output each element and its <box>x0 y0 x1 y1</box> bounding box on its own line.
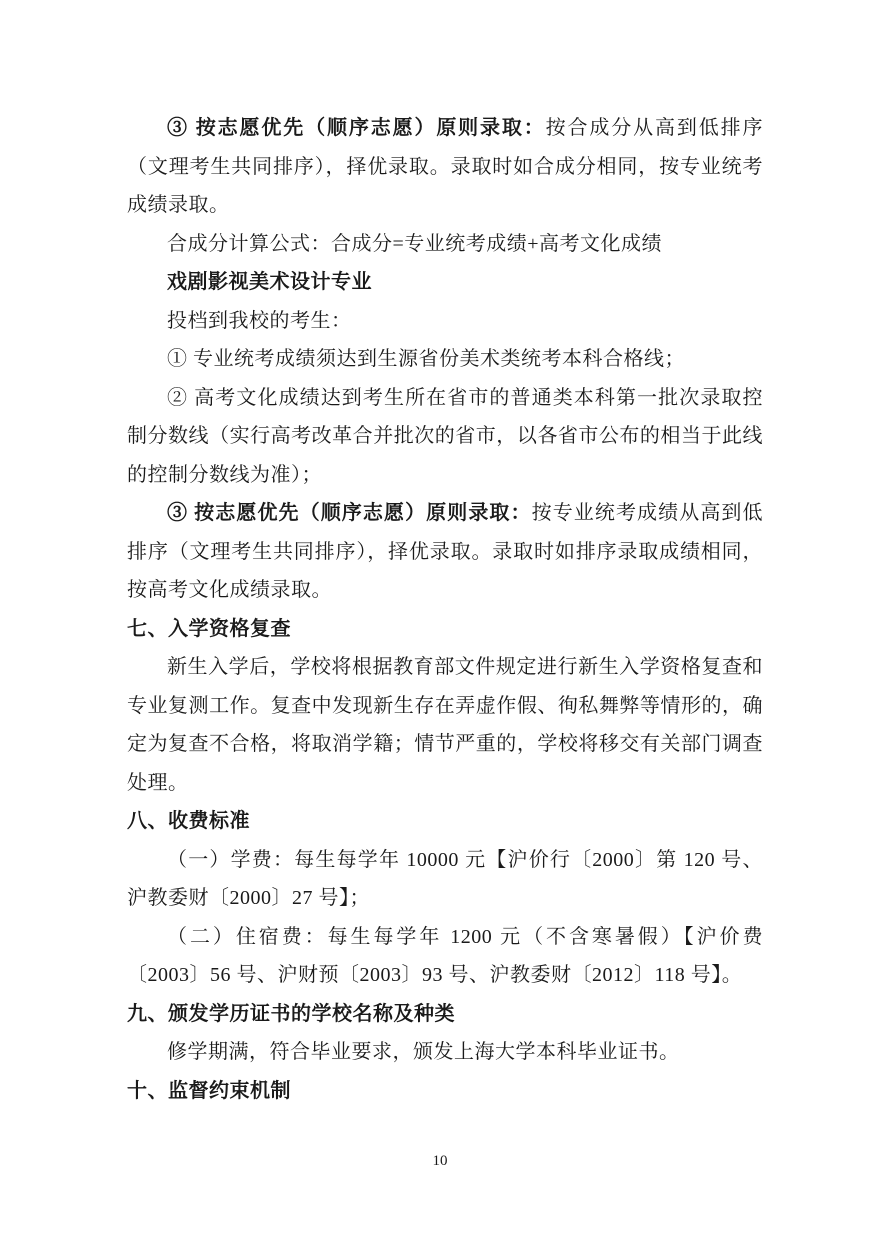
heading-section9-diploma: 九、颁发学历证书的学校名称及种类 <box>127 995 763 1034</box>
para-synthesis-formula: 合成分计算公式：合成分=专业统考成绩+高考文化成绩 <box>127 225 763 264</box>
para-qualification-review-detail: 新生入学后，学校将根据教育部文件规定进行新生入学资格复查和专业复测工作。复查中发… <box>127 648 763 802</box>
para-major-drama-art-design: 戏剧影视美术设计专业 <box>127 263 763 302</box>
para-item3-priority-rule-lead: ③ 按志愿优先（顺序志愿）原则录取： <box>167 502 532 524</box>
document-page: ③ 按志愿优先（顺序志愿）原则录取：按合成分从高到低排序（文理考生共同排序），择… <box>0 0 880 1244</box>
document-body: ③ 按志愿优先（顺序志愿）原则录取：按合成分从高到低排序（文理考生共同排序），择… <box>127 109 763 1110</box>
para-tuition-fee: （一）学费：每生每学年 10000 元【沪价行〔2000〕第 120 号、沪教委… <box>127 841 763 918</box>
para-accommodation-fee: （二）住宿费：每生每学年 1200 元（不含寒暑假）【沪价费〔2003〕56 号… <box>127 918 763 995</box>
para-rule3-synthesis: ③ 按志愿优先（顺序志愿）原则录取：按合成分从高到低排序（文理考生共同排序），择… <box>127 109 763 225</box>
heading-section10-supervision: 十、监督约束机制 <box>127 1072 763 1111</box>
page-number: 10 <box>0 1150 880 1172</box>
para-diploma-detail: 修学期满，符合毕业要求，颁发上海大学本科毕业证书。 <box>127 1033 763 1072</box>
para-item1-exam-line: ① 专业统考成绩须达到生源省份美术类统考本科合格线； <box>127 340 763 379</box>
heading-section8-fees: 八、收费标准 <box>127 802 763 841</box>
para-candidates-filed: 投档到我校的考生： <box>127 302 763 341</box>
para-item2-culture-score: ② 高考文化成绩达到考生所在省市的普通类本科第一批次录取控制分数线（实行高考改革… <box>127 379 763 495</box>
para-rule3-synthesis-lead: ③ 按志愿优先（顺序志愿）原则录取： <box>167 117 546 139</box>
para-item3-priority-rule: ③ 按志愿优先（顺序志愿）原则录取：按专业统考成绩从高到低排序（文理考生共同排序… <box>127 494 763 610</box>
heading-section7-qualification-review: 七、入学资格复查 <box>127 610 763 649</box>
